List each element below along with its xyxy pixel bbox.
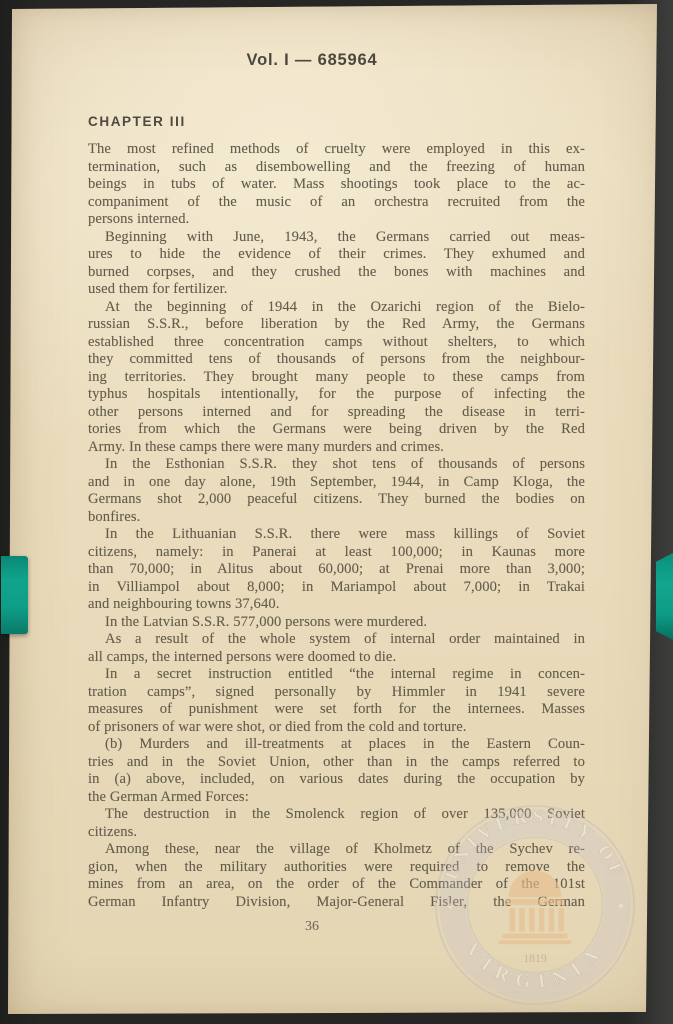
text-line: In a secret instruction entitled “the in… bbox=[88, 666, 585, 684]
text-line: citizens. bbox=[88, 824, 585, 842]
text-line: other persons interned and for spreading… bbox=[88, 404, 585, 422]
text-line: termination, such as disembowelling and … bbox=[88, 159, 585, 177]
text-line: beings in tubs of water. Mass shootings … bbox=[88, 176, 585, 194]
text-line: Army. In these camps there were many mur… bbox=[88, 439, 585, 457]
chapter-heading: CHAPTER III bbox=[88, 114, 186, 129]
text-line: bonfires. bbox=[88, 509, 585, 527]
text-line: In the Lithuanian S.S.R. there were mass… bbox=[88, 526, 585, 544]
paragraph: In the Lithuanian S.S.R. there were mass… bbox=[88, 526, 585, 614]
text-line: gion, when the military authorities were… bbox=[88, 859, 585, 877]
text-line: tories from which the Germans were being… bbox=[88, 421, 585, 439]
text-line: and in one day alone, 19th September, 19… bbox=[88, 474, 585, 492]
bookmark-ribbon-right bbox=[656, 553, 673, 640]
paragraph: In the Esthonian S.S.R. they shot tens o… bbox=[88, 456, 585, 526]
text-line: they committed tens of thousands of pers… bbox=[88, 351, 585, 369]
paragraph: Beginning with June, 1943, the Germans c… bbox=[88, 229, 585, 299]
volume-header: Vol. I — 685964 bbox=[62, 51, 562, 70]
text-line: Among these, near the village of Kholmet… bbox=[88, 841, 585, 859]
text-line: all camps, the interned persons were doo… bbox=[88, 649, 585, 667]
book-page: Vol. I — 685964 CHAPTER III The most ref… bbox=[0, 0, 673, 1024]
text-line: used them for fertilizer. bbox=[88, 281, 585, 299]
text-line: The most refined methods of cruelty were… bbox=[88, 141, 585, 159]
seal-ring-band bbox=[453, 823, 618, 988]
text-line: persons interned. bbox=[88, 211, 585, 229]
rotunda-icon bbox=[499, 871, 572, 945]
paragraph: (b) Murders and ill-treatments at places… bbox=[88, 736, 585, 806]
photo-background: { "page": { "header": "Vol. I — 685964",… bbox=[0, 0, 673, 1024]
seal-bottom-text: VIRGINIA bbox=[461, 939, 609, 993]
seal-top-text-container: UNIVERSITY OF bbox=[441, 806, 629, 883]
seal-year: 1819 bbox=[523, 952, 547, 965]
seal-star-right-icon: ✦ bbox=[616, 901, 625, 913]
text-line: measures of punishment were set forth fo… bbox=[88, 701, 585, 719]
paragraph: Among these, near the village of Kholmet… bbox=[88, 841, 585, 911]
uva-seal-graphic: UNIVERSITY OF VIRGINIA ✦ ✦ 1819 bbox=[432, 802, 638, 1008]
text-line: As a result of the whole system of inter… bbox=[88, 631, 585, 649]
text-line: ures to hide the evidence of their crime… bbox=[88, 246, 585, 264]
text-line: typhus hospitals intentionally, for the … bbox=[88, 386, 585, 404]
seal-bottom-text-container: VIRGINIA bbox=[461, 939, 609, 993]
seal-star-left-icon: ✦ bbox=[446, 901, 455, 913]
text-line: mines from an area, on the order of the … bbox=[88, 876, 585, 894]
text-line: established three concentration camps wi… bbox=[88, 334, 585, 352]
text-line: In the Latvian S.S.R. 577,000 persons we… bbox=[88, 614, 585, 632]
text-line: the German Armed Forces: bbox=[88, 789, 585, 807]
bookmark-ribbon-left bbox=[1, 556, 28, 634]
text-line: Germans shot 2,000 peaceful citizens. Th… bbox=[88, 491, 585, 509]
page-number: 36 bbox=[62, 919, 562, 935]
text-line: Beginning with June, 1943, the Germans c… bbox=[88, 229, 585, 247]
paragraph: As a result of the whole system of inter… bbox=[88, 631, 585, 666]
text-line: (b) Murders and ill-treatments at places… bbox=[88, 736, 585, 754]
paragraph: In the Latvian S.S.R. 577,000 persons we… bbox=[88, 614, 585, 632]
body-text: The most refined methods of cruelty were… bbox=[88, 141, 585, 911]
text-line: of prisoners of war were shot, or died f… bbox=[88, 719, 585, 737]
paragraph: At the beginning of 1944 in the Ozarichi… bbox=[88, 299, 585, 457]
text-line: ing territories. They brought many peopl… bbox=[88, 369, 585, 387]
seal-outer-circle bbox=[436, 806, 634, 1004]
text-line: and neighbouring towns 37,640. bbox=[88, 596, 585, 614]
text-line: russian S.S.R., before liberation by the… bbox=[88, 316, 585, 334]
text-line: companiment of the music of an orchestra… bbox=[88, 194, 585, 212]
text-line: tries and in the Soviet Union, other tha… bbox=[88, 754, 585, 772]
paragraph: The most refined methods of cruelty were… bbox=[88, 141, 585, 229]
seal-top-text: UNIVERSITY OF bbox=[441, 806, 629, 883]
text-line: in Villiampol about 8,000; in Mariampol … bbox=[88, 579, 585, 597]
text-line: The destruction in the Smolenck region o… bbox=[88, 806, 585, 824]
paragraph: In a secret instruction entitled “the in… bbox=[88, 666, 585, 736]
paragraph: The destruction in the Smolenck region o… bbox=[88, 806, 585, 841]
text-line: In the Esthonian S.S.R. they shot tens o… bbox=[88, 456, 585, 474]
text-line: At the beginning of 1944 in the Ozarichi… bbox=[88, 299, 585, 317]
text-line: burned corpses, and they crushed the bon… bbox=[88, 264, 585, 282]
uva-seal-watermark: UNIVERSITY OF VIRGINIA ✦ ✦ 1819 bbox=[432, 802, 638, 1008]
text-line: in (a) above, included, on various dates… bbox=[88, 771, 585, 789]
text-line: German Infantry Division, Major-General … bbox=[88, 894, 585, 912]
text-line: citizens, namely: in Panerai at least 10… bbox=[88, 544, 585, 562]
text-line: tration camps”, signed personally by Him… bbox=[88, 684, 585, 702]
text-line: than 70,000; in Alitus about 60,000; at … bbox=[88, 561, 585, 579]
seal-inner-circle bbox=[467, 837, 602, 972]
